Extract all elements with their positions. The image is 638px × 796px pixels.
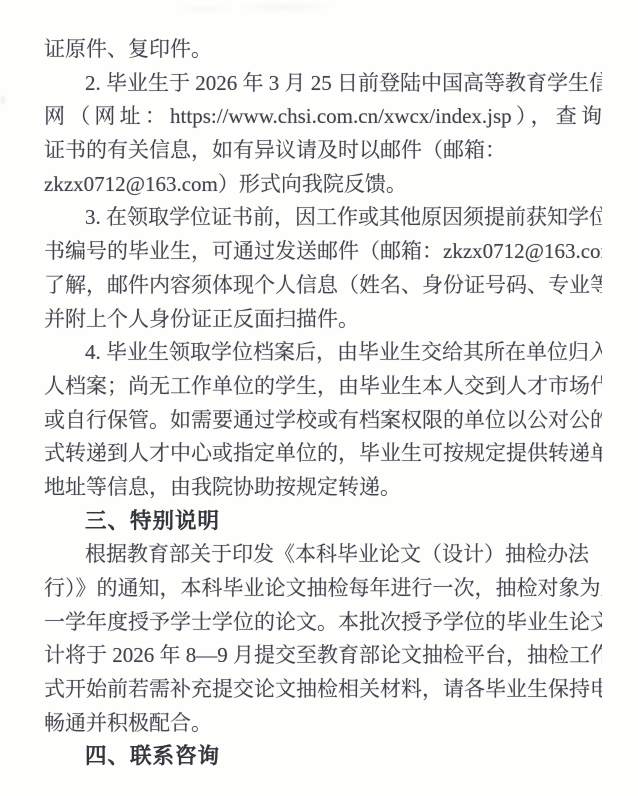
scanned-document-page: 证原件、复印件。 2. 毕业生于 2026 年 3 月 25 日前登陆中国高等教…: [0, 0, 638, 796]
doc-line: zkzx0712@163.com）形式向我院反馈。: [44, 168, 602, 202]
doc-line: 根据教育部关于印发《本科毕业论文（设计）抽检办法（试: [44, 538, 602, 572]
doc-line: 式开始前若需补充提交论文抽检相关材料，请各毕业生保持电话: [44, 673, 602, 707]
doc-line: 畅通并积极配合。: [44, 707, 602, 741]
doc-line: 一学年度授予学士学位的论文。本批次授予学位的毕业生论文预: [44, 606, 602, 640]
section-3-heading: 三、特别说明: [44, 505, 602, 539]
doc-line-item-3: 3. 在领取学位证书前，因工作或其他原因须提前获知学位证: [44, 201, 602, 235]
doc-line: 或自行保管。如需要通过学校或有档案权限的单位以公对公的形: [44, 404, 602, 438]
doc-line: 网（网址：https://www.chsi.com.cn/xwcx/index.…: [44, 100, 602, 134]
doc-line: 计将于 2026 年 8—9 月提交至教育部论文抽检平台，抽检工作正: [44, 639, 602, 673]
doc-line-item-2: 2. 毕业生于 2026 年 3 月 25 日前登陆中国高等教育学生信息: [44, 67, 602, 101]
doc-line-item-4: 4. 毕业生领取学位档案后，由毕业生交给其所在单位归入个: [44, 336, 602, 370]
document-text-block: 证原件、复印件。 2. 毕业生于 2026 年 3 月 25 日前登陆中国高等教…: [44, 33, 602, 774]
doc-line: 书编号的毕业生，可通过发送邮件（邮箱：zkzx0712@163.com）: [44, 235, 602, 269]
section-4-heading: 四、联系咨询: [44, 740, 602, 774]
doc-line: 式转递到人才中心或指定单位的，毕业生可按规定提供转递单位: [44, 437, 602, 471]
doc-line: 了解，邮件内容须体现个人信息（姓名、身份证号码、专业等）: [44, 269, 602, 303]
doc-line: 人档案；尚无工作单位的学生，由毕业生本人交到人才市场代管: [44, 370, 602, 404]
doc-line: 证原件、复印件。: [44, 33, 602, 67]
doc-line: 并附上个人身份证正反面扫描件。: [44, 303, 602, 337]
doc-line: 证书的有关信息，如有异议请及时以邮件（邮箱：: [44, 134, 602, 168]
doc-line: 行）》的通知，本科毕业论文抽检每年进行一次，抽检对象为上: [44, 572, 602, 606]
doc-line: 地址等信息，由我院协助按规定转递。: [44, 471, 602, 505]
